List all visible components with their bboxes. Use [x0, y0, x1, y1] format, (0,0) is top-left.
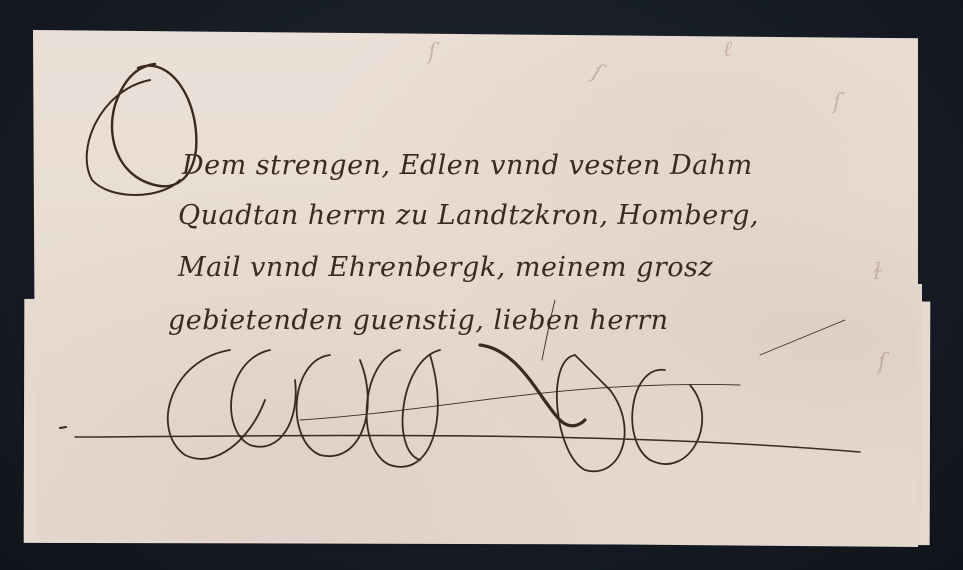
ink-flourishes [0, 0, 963, 570]
address-line-3: Mail vnnd Ehrenbergk, meinem grosz [178, 252, 713, 283]
address-line-2: Quadtan herrn zu Landtzkron, Homberg, [178, 200, 759, 231]
address-line-1: Dem strengen, Edlen vnnd vesten Dahm [182, 150, 753, 181]
address-line-4: gebietenden guenstig, lieben herrn [168, 305, 669, 336]
initial-d-outer [87, 80, 180, 195]
